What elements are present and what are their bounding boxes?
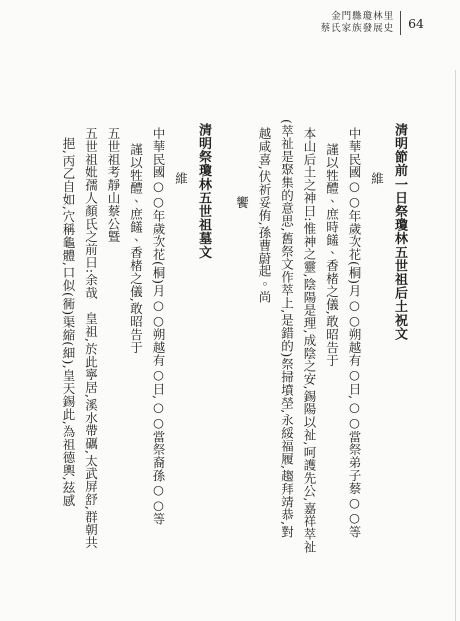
prayer-column: 維 xyxy=(169,119,192,617)
prayer-column: 謹以牲醴、庶饈、香楮之儀,敢昭告于 xyxy=(124,119,147,617)
prayer-column: 中華民國○○年歲次花(桐)月○○朔越有○日,○○當祭裔孫○○等 xyxy=(147,119,170,617)
section-tomb-prayer: 清明祭瓊林五世祖墓文 維 中華民國○○年歲次花(桐)月○○朔越有○日,○○當祭裔… xyxy=(57,119,215,617)
running-header: 金門縣瓊林里 蔡氏家族發展史 64 xyxy=(321,11,424,35)
section-heading: 清明祭瓊林五世祖墓文 xyxy=(192,119,215,617)
prayer-column: 五世祖妣孺人顏氏之前曰:余哉 皇祖,於此寧居,溪水帶礪,太武屏舒,群朝共 xyxy=(79,119,102,617)
header-divider-line xyxy=(400,11,401,35)
prayer-column: 五世祖考靜山蔡公曁 xyxy=(102,119,125,617)
prayer-column: (萃祉是聚集的意思,舊祭文作萃上,是錯的)祭掃墳塋,永綏福履,趨拜靖恭,對 xyxy=(275,119,298,617)
prayer-column: 挹,丙乙自如,穴稱龜體,口似(衕)渠縮(細),皇天錫此,為祖德輿,茲感 xyxy=(57,119,80,617)
prayer-column: 饗 xyxy=(230,119,253,617)
section-heading: 清明節前一日祭瓊林五世祖后土祝文 xyxy=(388,119,411,617)
book-title-line2: 蔡氏家族發展史 xyxy=(321,23,395,35)
book-title: 金門縣瓊林里 蔡氏家族發展史 xyxy=(321,11,395,35)
book-page: 金門縣瓊林里 蔡氏家族發展史 64 清明節前一日祭瓊林五世祖后土祝文 維 中華民… xyxy=(0,0,460,621)
book-title-line1: 金門縣瓊林里 xyxy=(321,11,395,23)
prayer-column: 維 xyxy=(365,119,388,617)
section-houtu-prayer: 清明節前一日祭瓊林五世祖后土祝文 維 中華民國○○年歲次花(桐)月○○朔越有○日… xyxy=(230,119,410,617)
prayer-column: 中華民國○○年歲次花(桐)月○○朔越有○日,○○當祭弟子蔡○○等 xyxy=(343,119,366,617)
prayer-column: 謹以牲醴、庶時饈、香楮之儀,敢昭告于 xyxy=(320,119,343,617)
prayer-texts: 清明節前一日祭瓊林五世祖后土祝文 維 中華民國○○年歲次花(桐)月○○朔越有○日… xyxy=(57,119,411,617)
prayer-column: 本山后土之神曰:惟神之靈,陰陽是理,成陰之安,錫陽以祉,呵護先公,嘉祥萃祉 xyxy=(298,119,321,617)
prayer-column: 越咸喜,伏祈妥侑,孫曹蔚起。尚 xyxy=(253,119,276,617)
page-number: 64 xyxy=(408,16,424,31)
page-edge-shadow xyxy=(455,70,456,621)
